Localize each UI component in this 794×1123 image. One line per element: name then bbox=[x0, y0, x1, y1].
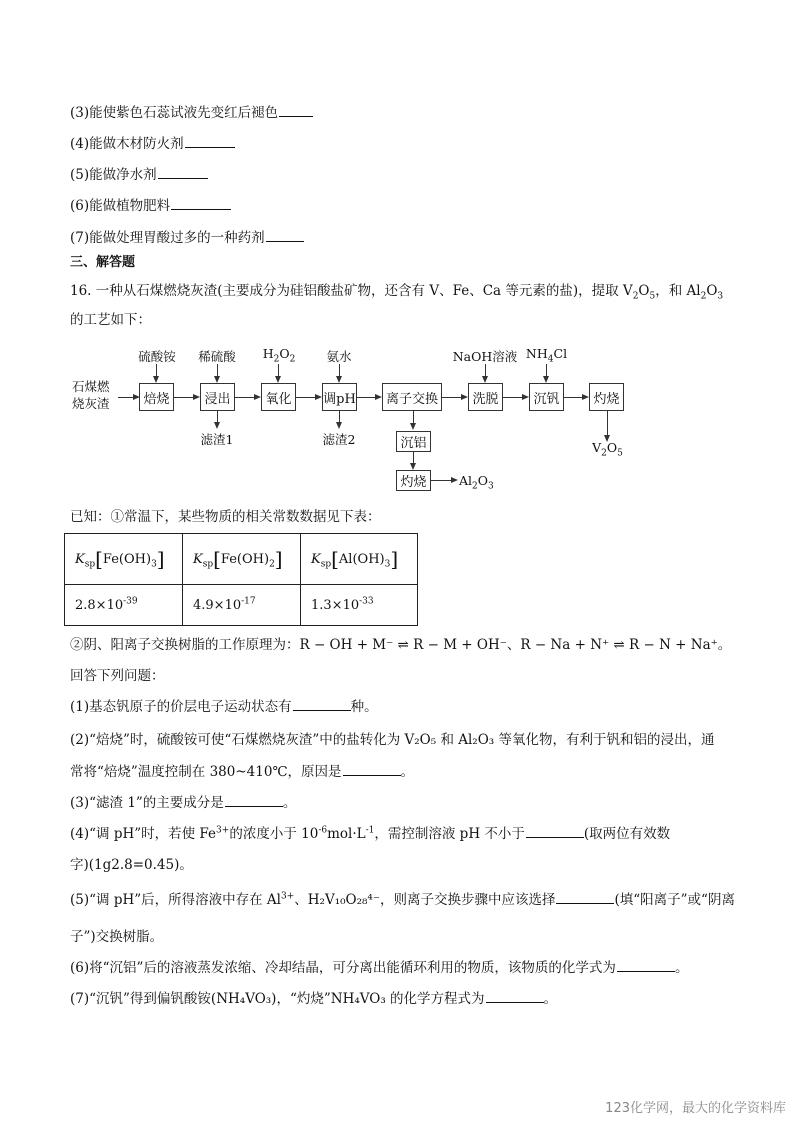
flow-start: 石煤燃烧灰渣 bbox=[72, 378, 110, 412]
ksp-table: Ksp[Fe(OH)3] Ksp[Fe(OH)2] Ksp[Al(OH)3] 2… bbox=[64, 533, 418, 626]
step-adjust-ph: 调pH bbox=[322, 383, 357, 411]
ksp-value-feoh2: 4.9×10-17 bbox=[183, 585, 301, 626]
answer-blank[interactable] bbox=[293, 698, 351, 711]
item-number: (6) bbox=[70, 198, 89, 214]
process-flow-diagram: 石煤燃烧灰渣 焙烧 浸出 氧化 调pH 离子交换 洗脱 沉钒 灼烧 硫酸铵 稀硫… bbox=[70, 340, 630, 500]
item-text: 能做处理胃酸过多的一种药剂 bbox=[89, 230, 265, 246]
item-number: (5) bbox=[70, 167, 89, 183]
input-dilute-sulfuric-acid: 稀硫酸 bbox=[196, 347, 238, 365]
section-title: 三、解答题 bbox=[70, 254, 135, 272]
subquestion-4-line1: (4)“调 pH”时，若使 Fe3+的浓度小于 10-6mol·L-1，需控制溶… bbox=[70, 825, 670, 843]
principle-equation: R − OH + M⁻ ⇌ R − M + OH⁻、R − Na + N⁺ ⇌ … bbox=[300, 637, 732, 653]
input-h2o2: H2O2 bbox=[258, 346, 300, 361]
input-naoh-solution: NaOH溶液 bbox=[450, 347, 520, 365]
arrow-down-icon bbox=[410, 423, 416, 430]
arrow-right-icon bbox=[522, 394, 529, 400]
arrow-down-icon bbox=[153, 376, 159, 383]
arrow-right-icon bbox=[461, 394, 468, 400]
subquestion-3: (3)“滤渣 1”的主要成分是。 bbox=[70, 794, 296, 812]
intro-text: O bbox=[638, 283, 649, 299]
output-residue-1: 滤渣1 bbox=[196, 430, 238, 448]
resin-principle: ②阴、阳离子交换树脂的工作原理为：R − OH + M⁻ ⇌ R − M + O… bbox=[70, 636, 731, 654]
item-4: (4)能做木材防火剂 bbox=[70, 135, 235, 153]
subquestion-4-line2: 字)(1g2.8=0.45)。 bbox=[70, 856, 193, 874]
subquestion-2-line1: (2)“焙烧”时，硫酸铵可使“石煤燃烧灰渣”中的盐转化为 V₂O₅ 和 Al₂O… bbox=[70, 731, 715, 749]
step-calcine: 灼烧 bbox=[589, 383, 624, 411]
step-precipitate-al: 沉铝 bbox=[396, 431, 431, 452]
item-text: 能做净水剂 bbox=[89, 167, 157, 183]
arrow-down-icon bbox=[543, 376, 549, 383]
step-precipitate-v: 沉钒 bbox=[529, 383, 564, 411]
intro-text: ，和 Al bbox=[655, 283, 700, 299]
answer-blank[interactable] bbox=[171, 197, 231, 210]
known-intro: 已知：①常温下，某些物质的相关常数数据见下表： bbox=[70, 508, 381, 526]
answer-blank[interactable] bbox=[266, 229, 304, 242]
step-roast: 焙烧 bbox=[139, 383, 174, 411]
item-5: (5)能做净水剂 bbox=[70, 166, 208, 184]
arrow-right-icon bbox=[582, 394, 589, 400]
ksp-header-aloh3: Ksp[Al(OH)3] bbox=[301, 534, 418, 585]
arrow-right-icon bbox=[451, 477, 458, 483]
arrow-down-icon bbox=[410, 463, 416, 470]
arrow-right-icon bbox=[254, 394, 261, 400]
arrow-down-icon bbox=[336, 376, 342, 383]
subquestion-5-line1: (5)“调 pH”后，所得溶液中存在 Al3+、H₂V₁₀O₂₈⁴⁻，则离子交换… bbox=[70, 891, 735, 909]
subquestion-2-line2: 常将“焙烧”温度控制在 380~410℃，原因是。 bbox=[70, 763, 414, 781]
input-ammonia-water: 氨水 bbox=[318, 347, 360, 365]
step-elute: 洗脱 bbox=[468, 383, 503, 411]
item-text: 能使紫色石蕊试液先变红后褪色 bbox=[89, 105, 278, 121]
arrow-right-icon bbox=[193, 394, 200, 400]
arrow-right-icon bbox=[375, 394, 382, 400]
step-leach: 浸出 bbox=[200, 383, 235, 411]
item-number: (3) bbox=[70, 105, 89, 121]
arrow-down-icon bbox=[214, 376, 220, 383]
ksp-value-aloh3: 1.3×10-33 bbox=[301, 585, 418, 626]
item-number: (4) bbox=[70, 136, 89, 152]
item-number: (7) bbox=[70, 230, 89, 246]
step-oxidize: 氧化 bbox=[261, 383, 296, 411]
input-ammonium-sulfate: 硫酸铵 bbox=[136, 347, 178, 365]
principle-label: ②阴、阳离子交换树脂的工作原理为： bbox=[70, 637, 300, 653]
output-al2o3: Al2O3 bbox=[459, 473, 494, 488]
step-calcine-al: 灼烧 bbox=[396, 470, 431, 491]
item-6: (6)能做植物肥料 bbox=[70, 197, 231, 215]
footer-watermark: 123化学网，最大的化学资料库 bbox=[605, 1097, 786, 1116]
subquestion-5-line2: 子”)交换树脂。 bbox=[70, 928, 163, 946]
answer-blank[interactable] bbox=[556, 891, 614, 904]
arrow-down-icon bbox=[336, 422, 342, 429]
ksp-header-feoh2: Ksp[Fe(OH)2] bbox=[183, 534, 301, 585]
subquestion-7: (7)“沉钒”得到偏钒酸铵(NH₄VO₃)，“灼烧”NH₄VO₃ 的化学方程式为… bbox=[70, 990, 557, 1008]
arrow-down-icon bbox=[275, 376, 281, 383]
answer-blank[interactable] bbox=[526, 825, 584, 838]
subquestion-1: (1)基态钒原子的价层电子运动状态有种。 bbox=[70, 698, 378, 716]
answer-blank[interactable] bbox=[343, 763, 401, 776]
subquestion-6: (6)将“沉铝”后的溶液蒸发浓缩、冷却结晶，可分离出能循环利用的物质，该物质的化… bbox=[70, 959, 688, 977]
arrow-down-icon bbox=[214, 422, 220, 429]
question-16-intro-line2: 的工艺如下： bbox=[70, 311, 151, 329]
item-7: (7)能做处理胃酸过多的一种药剂 bbox=[70, 229, 304, 247]
output-residue-2: 滤渣2 bbox=[318, 430, 360, 448]
arrow-right-icon bbox=[315, 394, 322, 400]
answer-prompt: 回答下列问题： bbox=[70, 667, 165, 685]
answer-blank[interactable] bbox=[158, 166, 208, 179]
answer-blank[interactable] bbox=[486, 990, 544, 1003]
intro-text: 一种从石煤燃烧灰渣(主要成分为硅铝酸盐矿物，还含有 V、Fe、Ca 等元素的盐)… bbox=[96, 283, 633, 299]
arrow-down-icon bbox=[482, 376, 488, 383]
ksp-header-feoh3: Ksp[Fe(OH)3] bbox=[65, 534, 183, 585]
item-3: (3)能使紫色石蕊试液先变红后褪色 bbox=[70, 104, 313, 122]
item-text: 能做木材防火剂 bbox=[89, 136, 184, 152]
input-nh4cl: NH4Cl bbox=[524, 346, 569, 361]
output-v2o5: V2O5 bbox=[585, 440, 630, 455]
item-text: 能做植物肥料 bbox=[89, 198, 170, 214]
answer-blank[interactable] bbox=[279, 104, 313, 117]
ksp-value-feoh3: 2.8×10-39 bbox=[65, 585, 183, 626]
answer-blank[interactable] bbox=[617, 959, 675, 972]
intro-text: O bbox=[706, 283, 717, 299]
question-16-intro: 16. 一种从石煤燃烧灰渣(主要成分为硅铝酸盐矿物，还含有 V、Fe、Ca 等元… bbox=[70, 282, 723, 300]
step-ion-exchange: 离子交换 bbox=[382, 383, 442, 411]
answer-blank[interactable] bbox=[225, 794, 283, 807]
answer-blank[interactable] bbox=[185, 135, 235, 148]
question-number: 16. bbox=[70, 283, 91, 299]
